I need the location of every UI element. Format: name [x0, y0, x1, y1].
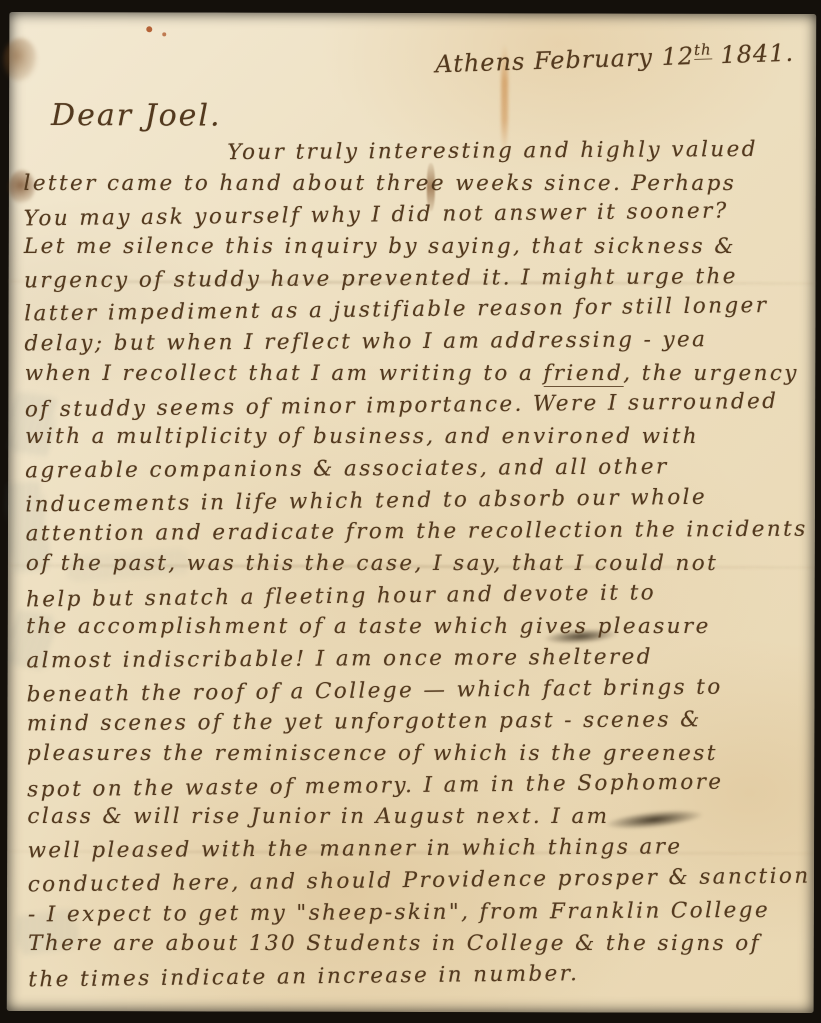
letter-line: with a multiplicity of business, and env… [25, 424, 803, 456]
letter-line: help but snatch a fleeting hour and devo… [26, 578, 804, 619]
dateline-year: 1841. [711, 39, 794, 70]
letter-line: spot on the waste of memory. I am in the… [27, 768, 805, 809]
dateline-place-date: Athens February 12 [435, 42, 695, 78]
ink-stain [3, 38, 37, 82]
letter-line: the accomplishment of a taste which give… [26, 614, 804, 646]
letter-line: Let me silence this inquiry by saying, t… [24, 234, 802, 266]
letter-line: pleasures the reminiscence of which is t… [27, 741, 805, 773]
paper-speck [162, 32, 166, 36]
dateline: Athens February 12th 1841. [435, 38, 795, 79]
line-text: when I recollect that I am writing to a [25, 361, 544, 386]
dateline-ordinal: th [694, 40, 712, 60]
line-text: , the urgency [623, 361, 799, 386]
letter-line: There are about 130 Students in College … [28, 931, 806, 963]
letter-line: the times indicate an increase in number… [28, 958, 806, 999]
letter-line: You may ask yourself why I did not answe… [24, 198, 802, 239]
salutation: Dear Joel. [51, 98, 222, 133]
letter-line: class & will rise Junior in August next.… [27, 804, 805, 836]
letter-line: delay; but when I reflect who I am addre… [24, 327, 802, 363]
letter-line: of the past, was this the case, I say, t… [26, 551, 804, 583]
letter-paper: Athens February 12th 1841. Dear Joel. Yo… [7, 12, 817, 1013]
letter-body: Your truly interesting and highly valued… [23, 137, 806, 997]
letter-scan: { "colors": { "paper": "#ecdcba", "ink":… [0, 0, 821, 1023]
letter-line: when I recollect that I am writing to a … [25, 361, 803, 393]
underlined-word-friend: friend [543, 361, 623, 387]
letter-line: letter came to hand about three weeks si… [24, 171, 802, 203]
paper-speck [146, 26, 152, 32]
letter-line: Your truly interesting and highly valued [23, 137, 801, 173]
letter-line: of studdy seems of minor importance. Wer… [25, 388, 803, 429]
